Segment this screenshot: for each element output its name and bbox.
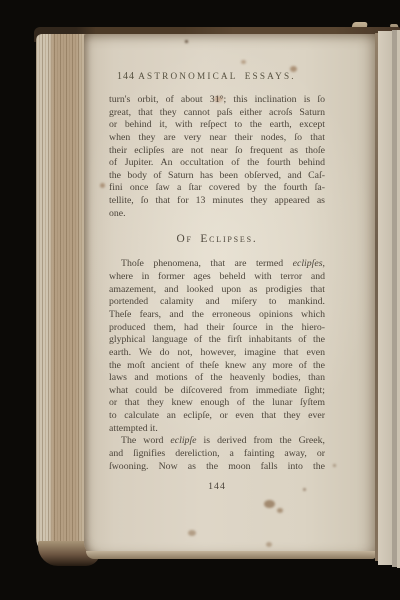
- text-line: great, that they cannot paſs either acro…: [109, 107, 325, 120]
- opening-paragraph: turn's orbit, of about 31°; this inclina…: [109, 94, 325, 220]
- text-line: when they are very near their nodes, ſo …: [109, 132, 325, 145]
- running-title: ASTRONOMICAL ESSAYS.: [109, 71, 325, 81]
- text-line: earth. We do not, however, imagine that …: [109, 347, 325, 360]
- text-line: fini once ſaw a ſtar covered by the four…: [109, 182, 325, 195]
- text-line: what could be diſcovered from immediate …: [109, 385, 325, 398]
- foxing-spot: [266, 542, 272, 547]
- text-segment: ,: [323, 258, 325, 269]
- text-line: or that they knew enough of the lunar ſy…: [109, 397, 325, 410]
- italic-word: eclipſe: [170, 435, 196, 446]
- foxing-spot: [303, 488, 306, 491]
- foxing-spot: [188, 530, 196, 536]
- foxing-spot: [100, 183, 105, 188]
- text-line: the moſt ancient of theſe knew any more …: [109, 360, 325, 373]
- text-line: amazement, and looked upon as prodigies …: [109, 284, 325, 297]
- foxing-spot: [290, 66, 297, 72]
- foxing-spot: [241, 60, 246, 64]
- text-line: where in former ages beheld with terror …: [109, 271, 325, 284]
- text-line: attempted it.: [109, 423, 325, 436]
- section-heading: Of Eclipses.: [109, 233, 325, 246]
- text-line: tellite, ſo that for 13 minutes they app…: [109, 195, 325, 208]
- text-segment: The word: [121, 435, 170, 446]
- catchword-page-number: 144: [109, 481, 325, 493]
- book-photo: 144 ASTRONOMICAL ESSAYS. turn's orbit, o…: [0, 0, 400, 600]
- text-line: to calculate an eclipſe, or even that th…: [109, 410, 325, 423]
- text-block: 144 ASTRONOMICAL ESSAYS. turn's orbit, o…: [109, 71, 325, 493]
- page-number: 144: [117, 71, 135, 82]
- text-line: laws and motions of the heavenly bodies,…: [109, 372, 325, 385]
- text-line: of Jupiter. An occultation of the fourth…: [109, 157, 325, 170]
- italic-word: eclipſes: [293, 258, 323, 269]
- text-segment: Thoſe phenomena, that are termed: [121, 258, 293, 269]
- text-line: and ſignifies dereliction, a fainting aw…: [109, 448, 325, 461]
- text-line: the body of Saturn has been obſerved, an…: [109, 170, 325, 183]
- foxing-spot: [277, 508, 283, 513]
- text-line: produced them, had their ſource in the h…: [109, 322, 325, 335]
- text-line: their eclipſes are not near ſo frequent …: [109, 145, 325, 158]
- running-header: 144 ASTRONOMICAL ESSAYS.: [109, 71, 325, 83]
- text-line: one.: [109, 208, 325, 221]
- text-line: ſwooning. Now as the moon falls into the: [109, 461, 325, 474]
- eclipse-paragraph: Thoſe phenomena, that are termed eclipſe…: [109, 258, 325, 435]
- text-segment: is derived from the Greek,: [197, 435, 325, 446]
- text-line: The word eclipſe is derived from the Gre…: [109, 435, 325, 448]
- page-edges-left: [36, 34, 88, 556]
- page-bottom-edge: [86, 551, 376, 559]
- foxing-spot: [214, 96, 223, 102]
- text-line: portended calamity and miſery to mankind…: [109, 296, 325, 309]
- facing-page-edge: [378, 31, 392, 565]
- etymology-paragraph: The word eclipſe is derived from the Gre…: [109, 435, 325, 473]
- foxing-spot: [333, 464, 336, 467]
- text-line: or behind it, with reſpect to the earth,…: [109, 119, 325, 132]
- foxing-spot: [185, 40, 188, 43]
- text-line: Thoſe phenomena, that are termed eclipſe…: [109, 258, 325, 271]
- text-line: Theſe fears, and the erroneous opinions …: [109, 309, 325, 322]
- foxing-spot: [264, 500, 275, 508]
- text-line: glyphical language of the firſt inhabita…: [109, 334, 325, 347]
